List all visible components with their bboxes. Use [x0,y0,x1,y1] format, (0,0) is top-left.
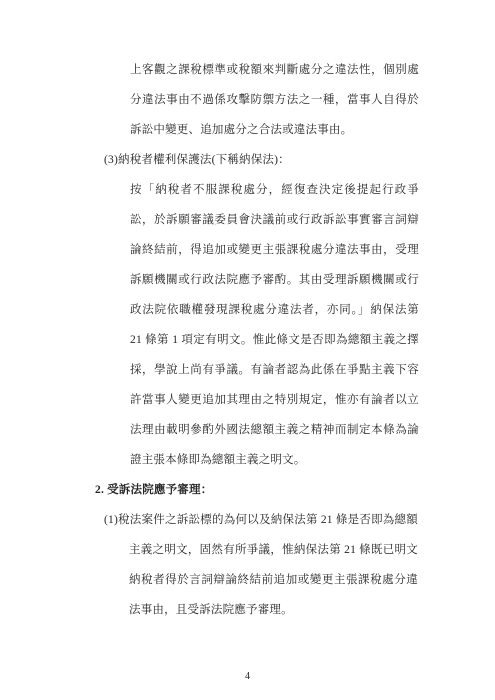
text-layer: 上客觀之課稅標準或稅額來判斷處分之違法性，個別處分違法事由不過係攻擊防禦方法之一… [0,55,495,625]
list-item-3-label: (3)納稅者權利保護法(下稱納保法)： [104,145,454,175]
paragraph-continuation: 上客觀之課稅標準或稅額來判斷處分之違法性，個別處分違法事由不過係攻擊防禦方法之一… [130,55,419,145]
list-item-1: (1)稅法案件之訴訟標的為何以及納保法第 21 條是否即為總額主義之明文，固然有… [104,505,418,625]
section-heading-2: 2. 受訴法院應予審理： [95,475,455,505]
page-number: 4 [0,671,495,683]
document-page: 上客觀之課稅標準或稅額來判斷處分之違法性，個別處分違法事由不過係攻擊防禦方法之一… [0,0,495,700]
list-item-3-body: 按「納稅者不服課稅處分，經復查決定後提起行政爭訟，於訴願審議委員會決議前或行政訴… [130,175,419,475]
